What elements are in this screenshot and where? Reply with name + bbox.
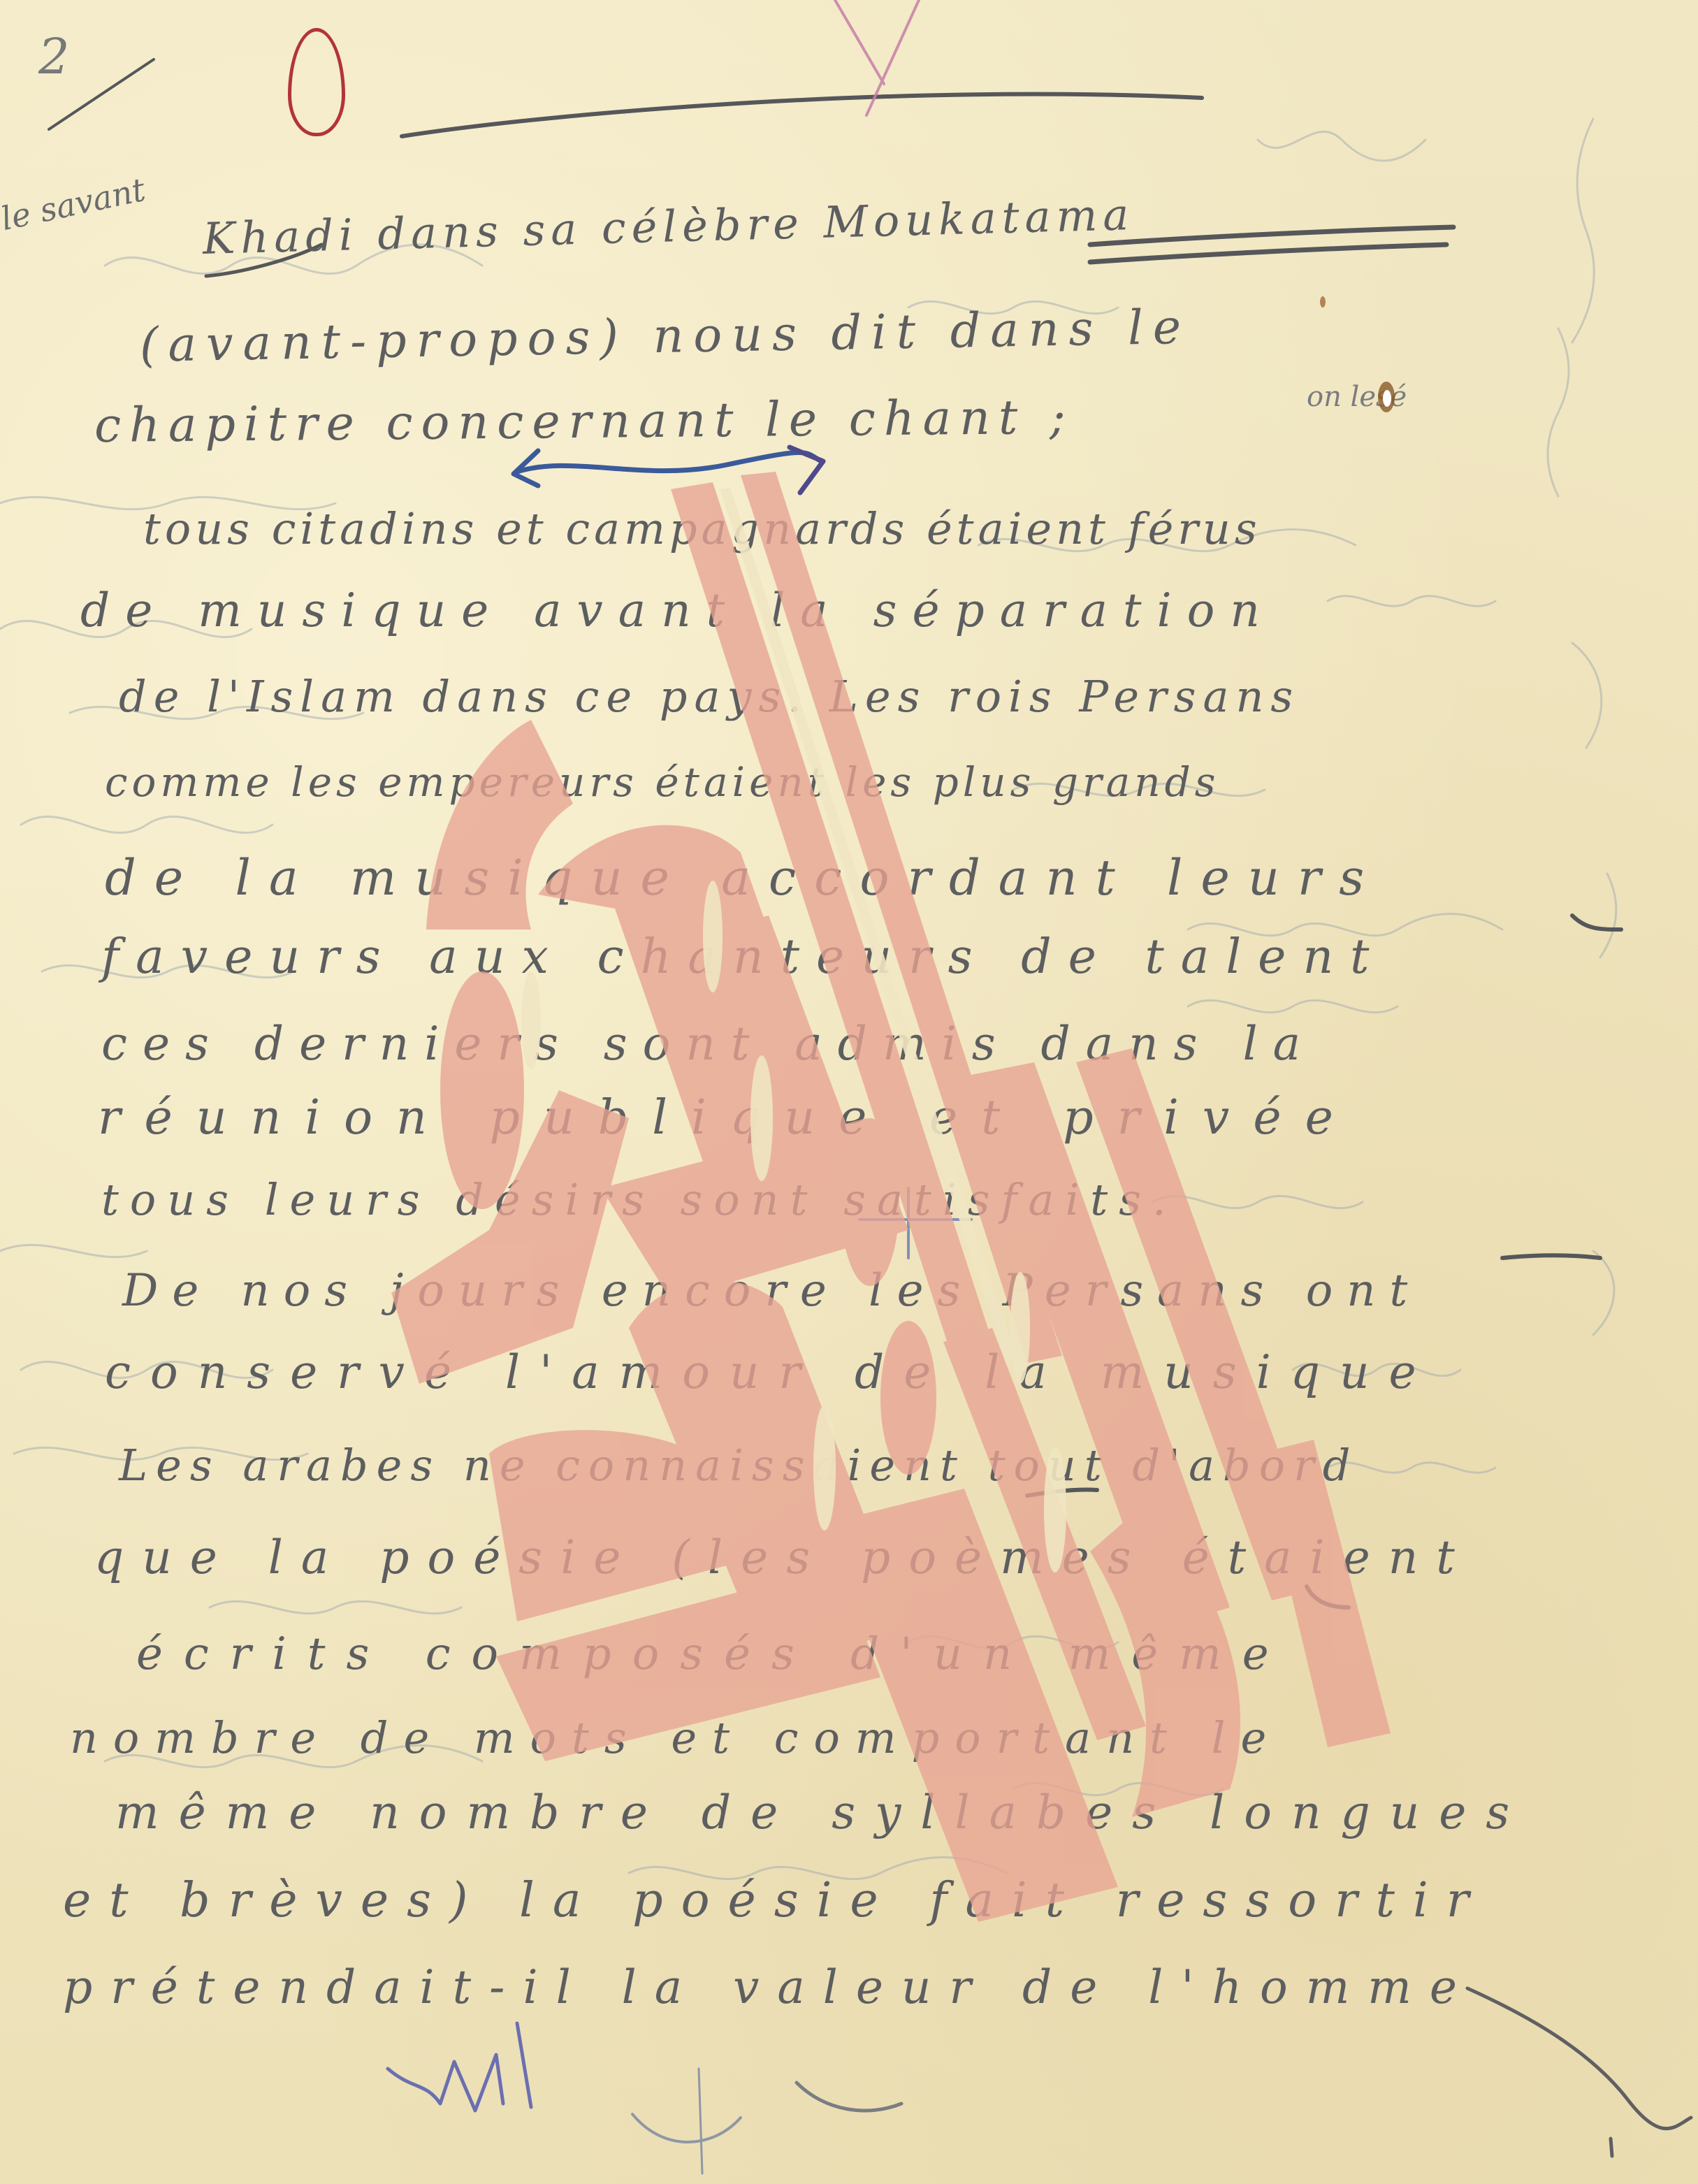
manuscript-page: 2 le savant Khadi dans sa célèbre Moukat… (0, 0, 1698, 2184)
paper-burn-hole (0, 0, 1698, 2184)
